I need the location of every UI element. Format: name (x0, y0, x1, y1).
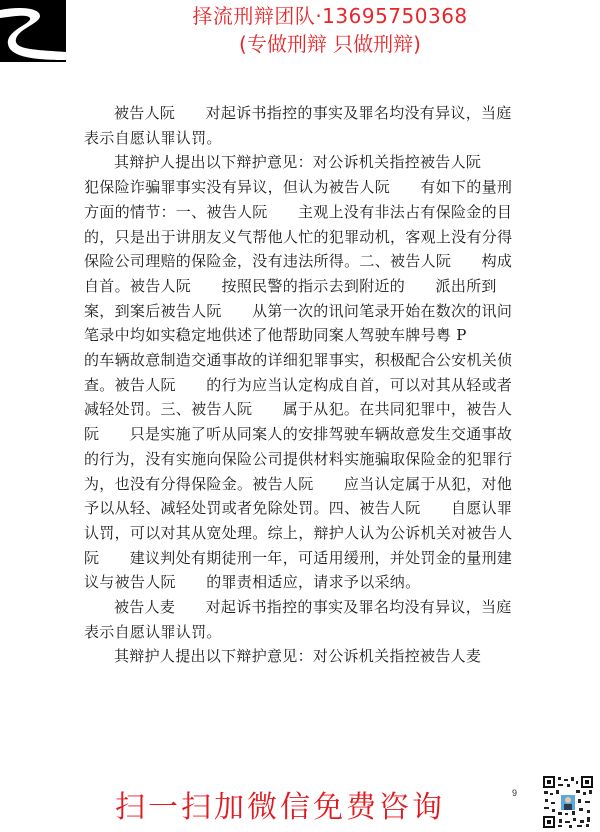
wechat-qr-code-icon[interactable] (542, 775, 594, 829)
text-line: 自首。被告人阮 按照民警的指示去到附近的 派出所到 (84, 274, 524, 299)
text-line: 方面的情节：一、被告人阮 主观上没有非法占有保险金的目 (84, 200, 524, 225)
text-line: 查。被告人阮 的行为应当认定构成自首，可以对其从轻或者 (84, 373, 524, 398)
text-line: 被告人阮 对起诉书指控的事实及罪名均没有异议，当庭 (84, 101, 524, 126)
paragraph-ruan-defense: 其辩护人提出以下辩护意见：对公诉机关指控被告人阮 犯保险诈骗罪事实没有异议，但认… (84, 150, 524, 595)
text-line: 保险公司理赔的保险金，没有违法所得。二、被告人阮 构成 (84, 249, 524, 274)
document-body: 被告人阮 对起诉书指控的事实及罪名均没有异议，当庭 表示自愿认罪认罚。 其辩护人… (84, 101, 524, 669)
logo-s-curve-icon (0, 0, 66, 62)
text-line: 表示自愿认罪认罚。 (84, 620, 524, 645)
paragraph-mai-defense: 其辩护人提出以下辩护意见：对公诉机关指控被告人麦 (84, 644, 524, 669)
text-line: 其辩护人提出以下辩护意见：对公诉机关指控被告人阮 (84, 150, 524, 175)
text-line: 表示自愿认罪认罚。 (84, 126, 524, 151)
page-number: 9 (512, 788, 517, 798)
text-line: 阮 只是实施了听从同案人的安排驾驶车辆故意发生交通事故 (84, 422, 524, 447)
header-team-phone: 择流刑辩团队·13695750368 (120, 2, 540, 30)
text-line: 犯保险诈骗罪事实没有异议，但认为被告人阮 有如下的量刑 (84, 175, 524, 200)
text-line: 笔录中均如实稳定地供述了他帮助同案人驾驶车牌号粤 P (84, 323, 524, 348)
wechat-cta: 扫一扫加微信免费咨询 (115, 782, 445, 826)
promo-header: 择流刑辩团队·13695750368 (专做刑辩 只做刑辩) (120, 2, 540, 58)
text-line: 其辩护人提出以下辩护意见：对公诉机关指控被告人麦 (84, 644, 524, 669)
paragraph-ruan-plea: 被告人阮 对起诉书指控的事实及罪名均没有异议，当庭 表示自愿认罪认罚。 (84, 101, 524, 150)
text-line: 案，到案后被告人阮 从第一次的讯问笔录开始在数次的讯问 (84, 299, 524, 324)
text-line: 予以从轻、减轻处罚或者免除处罚。四、被告人阮 自愿认罪 (84, 496, 524, 521)
text-line: 的行为，没有实施向保险公司提供材料实施骗取保险金的犯罪行 (84, 447, 524, 472)
text-line: 议与被告人阮 的罪责相适应，请求予以采纳。 (84, 570, 524, 595)
text-line: 减轻处罚。三、被告人阮 属于从犯。在共同犯罪中，被告人 (84, 397, 524, 422)
paragraph-mai-plea: 被告人麦 对起诉书指控的事实及罪名均没有异议，当庭 表示自愿认罪认罚。 (84, 595, 524, 644)
text-line: 认罚，可以对其从宽处理。综上，辩护人认为公诉机关对被告人 (84, 521, 524, 546)
text-line: 被告人麦 对起诉书指控的事实及罪名均没有异议，当庭 (84, 595, 524, 620)
header-tagline: (专做刑辩 只做刑辩) (120, 30, 540, 58)
text-line: 的车辆故意制造交通事故的详细犯罪事实，积极配合公安机关侦 (84, 348, 524, 373)
text-line: 阮 建议判处有期徒刑一年，可适用缓刑，并处罚金的量刑建 (84, 546, 524, 571)
text-line: 为，也没有分得保险金。被告人阮 应当认定属于从犯，对他 (84, 472, 524, 497)
brand-logo (0, 0, 66, 62)
text-line: 的，只是出于讲朋友义气帮他人忙的犯罪动机，客观上没有分得 (84, 225, 524, 250)
